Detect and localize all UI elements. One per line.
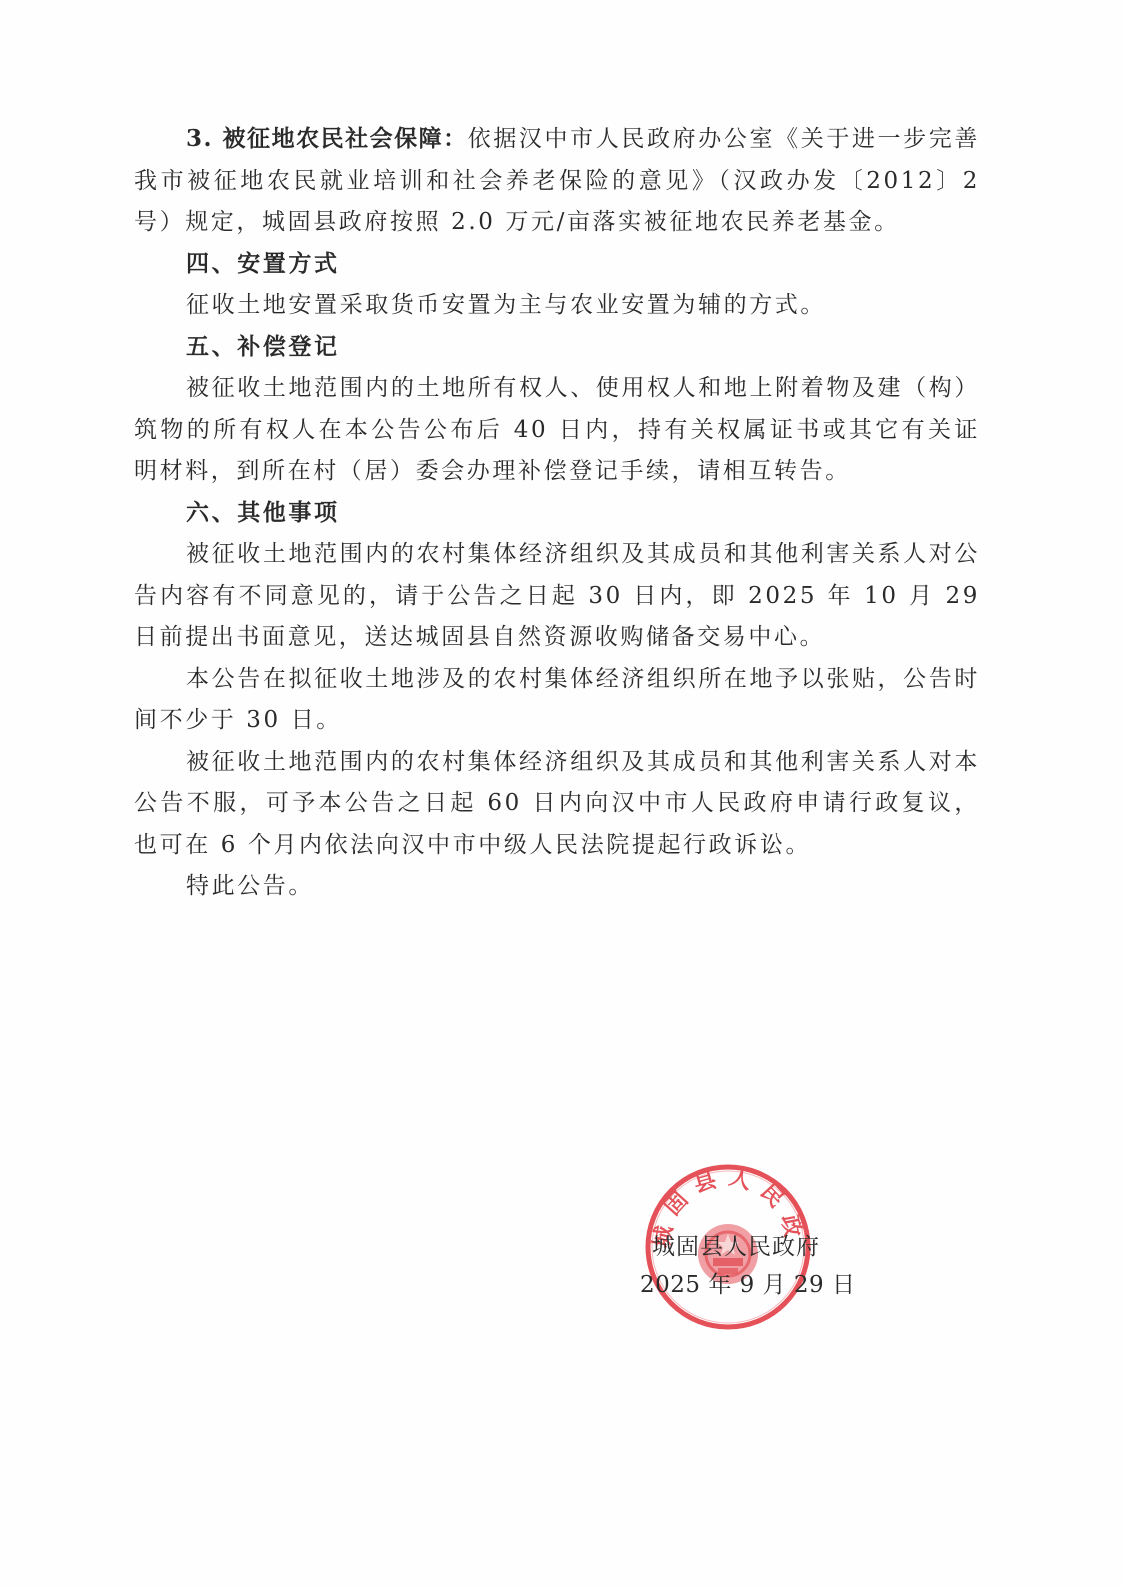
closing-statement: 特此公告。 — [134, 866, 980, 908]
section-heading-other-matters: 六、其他事项 — [134, 493, 980, 535]
document-body: 3. 被征地农民社会保障：依据汉中市人民政府办公室《关于进一步完善我市被征地农民… — [134, 118, 980, 908]
signature-block: 城固县人民政府 2025 年 9 月 29 日 — [640, 1228, 880, 1304]
compensation-registration-paragraph: 被征收土地范围内的土地所有权人、使用权人和地上附着物及建（构）筑物的所有权人在本… — [134, 368, 980, 493]
appeal-paragraph: 被征收土地范围内的农村集体经济组织及其成员和其他利害关系人对本公告不服，可予本公… — [134, 742, 980, 867]
objection-paragraph: 被征收土地范围内的农村集体经济组织及其成员和其他利害关系人对公告内容有不同意见的… — [134, 534, 980, 659]
signing-organization: 城固县人民政府 — [640, 1228, 880, 1266]
section-heading-resettlement: 四、安置方式 — [134, 244, 980, 286]
section-heading-compensation-registration: 五、补偿登记 — [134, 327, 980, 369]
document-page: 3. 被征地农民社会保障：依据汉中市人民政府办公室《关于进一步完善我市被征地农民… — [0, 0, 1122, 1586]
item-lead-heading: 3. 被征地农民社会保障： — [186, 125, 468, 152]
social-security-paragraph: 3. 被征地农民社会保障：依据汉中市人民政府办公室《关于进一步完善我市被征地农民… — [134, 118, 980, 244]
resettlement-paragraph: 征收土地安置采取货币安置为主与农业安置为辅的方式。 — [134, 285, 980, 327]
signing-date: 2025 年 9 月 29 日 — [640, 1266, 880, 1304]
posting-paragraph: 本公告在拟征收土地涉及的农村集体经济组织所在地予以张贴，公告时间不少于 30 日… — [134, 659, 980, 742]
